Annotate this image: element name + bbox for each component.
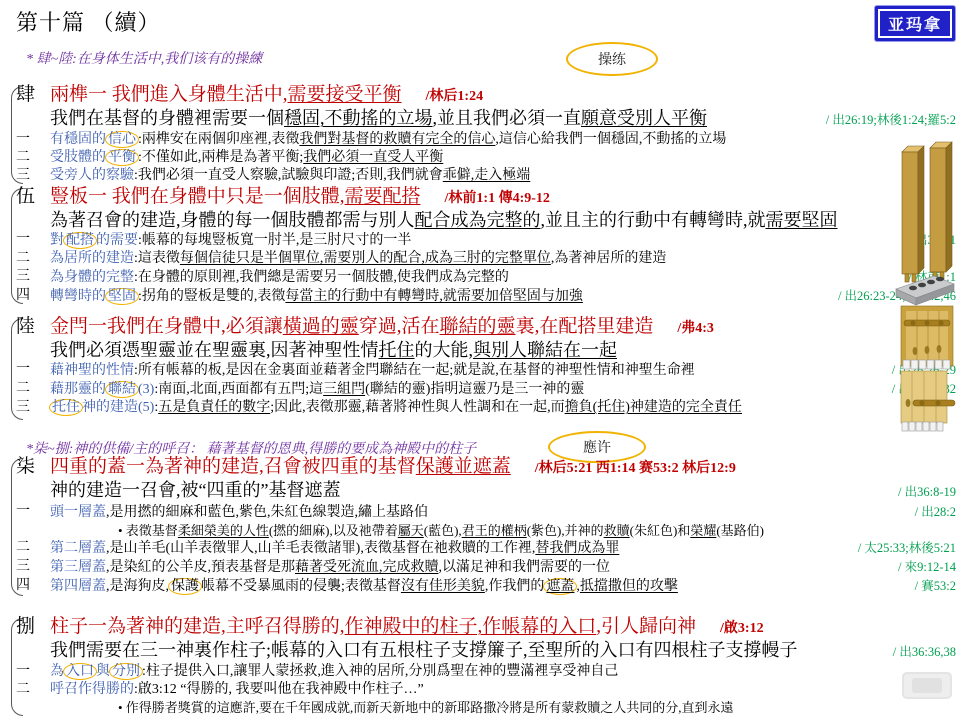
outline-item: 一 為入口與分別:柱子提供入口,讓罪人蒙拯救,進入神的居所,分別爲聖在神的豐滿裡… bbox=[14, 663, 956, 681]
scripture-ref: / 出36:36,38 bbox=[883, 642, 956, 663]
section-number: 捌 bbox=[16, 616, 35, 638]
item-number: 一 bbox=[16, 361, 30, 379]
section-heading-row: 柒 四重的蓋一為著神的建造,召會被四重的基督保護並遮蓋 /林后5:21 西1:1… bbox=[14, 456, 956, 480]
outline-item: 一 有穩固的信心:兩榫安在兩個卯座裡,表徵我們對基督的救贖有完全的信心,這信心給… bbox=[14, 131, 956, 149]
item-number: 一 bbox=[16, 503, 30, 521]
outline-sub-bullet: • 作得勝者獎賞的這應許,要在千年國成就,而新天新地中的新耶路撒冷將是所有蒙救贖… bbox=[14, 699, 956, 716]
scripture-ref: /林后5:21 西1:14 赛53:2 林后12:9 bbox=[535, 458, 736, 480]
outline-item: 四 第四層蓋,是海狗皮,保護帳幕不受暴風雨的侵襲;表徵基督沒有佳形美貌,作我們的… bbox=[14, 577, 956, 596]
section-7: 柒 四重的蓋一為著神的建造,召會被四重的基督保護並遮蓋 /林后5:21 西1:1… bbox=[14, 456, 956, 596]
section-heading: 豎板一 我們在身體中只是一個肢體,需要配搭 bbox=[50, 186, 421, 208]
item-number: 二 bbox=[16, 539, 30, 557]
outline-item: 一 藉神聖的性情:所有帳幕的板,是因在金裏面並藉著金閂聯結在一起;就是說,在基督… bbox=[14, 361, 956, 380]
item-text: 為入口與分別:柱子提供入口,讓罪人蒙拯救,進入神的居所,分別爲聖在神的豐滿裡享受… bbox=[50, 663, 618, 681]
section-6: 陸 金閂一我們在身體中,必須讓橫過的靈穿過,活在聯結的靈裏,在配搭里建造 /弗4… bbox=[14, 316, 956, 417]
outline-item: 二 為居所的建造:這表徵每個信徒只是半個單位,需要別人的配合,成為三肘的完整單位… bbox=[14, 250, 956, 268]
item-number: 三 bbox=[16, 558, 30, 576]
outline-item: 四 轉彎時的堅固:拐角的豎板是雙的,表徵每當主的行動中有轉彎時,就需要加倍堅固与… bbox=[14, 287, 956, 306]
section-intro: 神的建造一召會,被“四重的”基督遮蓋 bbox=[50, 480, 340, 501]
item-text: 有穩固的信心:兩榫安在兩個卯座裡,表徵我們對基督的救贖有完全的信心,這信心給我們… bbox=[50, 131, 726, 149]
bullet-text: • 作得勝者獎賞的這應許,要在千年國成就,而新天新地中的新耶路撒冷將是所有蒙救贖… bbox=[118, 699, 734, 716]
section-number: 陸 bbox=[16, 316, 35, 338]
outline-item: 三 受旁人的察驗:我們必須一直受人察驗,試驗與印證;否則,我們就會乖僻,走入極端 bbox=[14, 167, 956, 185]
section-intro-row: 我們在基督的身體裡需要一個穩固,不動搖的立場,並且我們必須一直願意受別人平衡 /… bbox=[14, 108, 956, 131]
outline-item: 三 第三層蓋,是染紅的公羊皮,預表基督是那藉著受死流血,完成救贖,以滿足神和我們… bbox=[14, 558, 956, 577]
scripture-ref: / 來9:12-14 bbox=[888, 558, 956, 576]
item-text: 第二層蓋,是山羊毛(山羊表徵罪人,山羊毛表徵諸罪),表徵基督在祂救贖的工作裡,替… bbox=[50, 540, 619, 558]
section-intro-row: 為著召會的建造,身體的每一個肢體都需与別人配合成為完整的,並且主的行動中有轉彎時… bbox=[14, 210, 956, 231]
item-text: 藉神聖的性情:所有帳幕的板,是因在金裏面並藉著金閂聯結在一起;就是說,在基督的神… bbox=[50, 362, 695, 380]
item-text: 為身體的完整:在身體的原則裡,我們總是需要另一個肢體,使我們成為完整的 bbox=[50, 269, 509, 287]
outline-item: 二 藉那靈的聯結(3):南面,北面,西面都有五閂;這三組閂(聯結的靈)指明這靈乃… bbox=[14, 380, 956, 399]
section-number: 肆 bbox=[16, 84, 35, 106]
section-heading: 柱子一為著神的建造,主呼召得勝的,作神殿中的柱子,作帳幕的入口,引人歸向神 bbox=[50, 616, 696, 638]
scripture-ref: / 太25:33;林後5:21 bbox=[848, 539, 956, 557]
section-number: 柒 bbox=[16, 456, 35, 478]
item-number: 一 bbox=[16, 663, 30, 681]
scripture-ref: /林前1:1 傳4:9-12 bbox=[445, 188, 550, 210]
item-text: 為居所的建造:這表徵每個信徒只是半個單位,需要別人的配合,成為三肘的完整單位,為… bbox=[50, 250, 666, 268]
scripture-ref: /啟3:12 bbox=[720, 618, 764, 640]
section-heading: 四重的蓋一為著神的建造,召會被四重的基督保護並遮蓋 bbox=[50, 456, 511, 478]
outline-item: 三 托住神的建造(5):五是負責任的數字;因此,表徵那靈,藉著將神性與人性調和在… bbox=[14, 399, 956, 417]
outline-item: 二 呼召作得勝的:啟3:12 “得勝的, 我要叫他在我神殿中作柱子…” bbox=[14, 681, 956, 699]
item-text: 頭一層蓋,是用撚的細麻和藍色,紫色,朱紅色線製造,繡上基路伯 bbox=[50, 504, 428, 522]
item-number: 四 bbox=[16, 287, 30, 305]
section-8: 捌 柱子一為著神的建造,主呼召得勝的,作神殿中的柱子,作帳幕的入口,引人歸向神 … bbox=[14, 616, 956, 716]
item-number: 三 bbox=[16, 268, 30, 286]
outline-sub-bullet: • 表徵基督柔細榮美的人性(撚的細麻),以及祂帶着屬天(藍色),君王的權柄(紫色… bbox=[14, 522, 956, 539]
scripture-ref: / 賽53:2 bbox=[905, 577, 956, 595]
item-text: 第四層蓋,是海狗皮,保護帳幕不受暴風雨的侵襲;表徵基督沒有佳形美貌,作我們的遮蓋… bbox=[50, 578, 678, 596]
outline-item: 三 為身體的完整:在身體的原則裡,我們總是需要另一個肢體,使我們成為完整的 / … bbox=[14, 268, 956, 287]
note-practice: * 肆~陸:在身体生活中,我们该有的操練 bbox=[26, 48, 262, 68]
boards-tenons-illustration bbox=[892, 134, 958, 313]
bullet-text: • 表徵基督柔細榮美的人性(撚的細麻),以及祂帶着屬天(藍色),君王的權柄(紫色… bbox=[118, 522, 764, 539]
section-intro-row: 我們需要在三一神裏作柱子;帳幕的入口有五根柱子支撐簾子,至聖所的入口有四根柱子支… bbox=[14, 640, 956, 663]
outline-item: 二 受肢體的平衡:不僅如此,兩榫是為著平衡;我們必須一直受人平衡 bbox=[14, 149, 956, 167]
section-heading-row: 陸 金閂一我們在身體中,必須讓橫過的靈穿過,活在聯結的靈裏,在配搭里建造 /弗4… bbox=[14, 316, 956, 340]
scripture-ref: / 出28:2 bbox=[905, 503, 956, 521]
item-number: 二 bbox=[16, 380, 30, 398]
item-number: 四 bbox=[16, 577, 30, 595]
section-heading: 兩榫一 我們進入身體生活中,需要接受平衡 bbox=[50, 84, 402, 106]
section-intro: 我們需要在三一神裏作柱子;帳幕的入口有五根柱子支撐簾子,至聖所的入口有四根柱子支… bbox=[50, 640, 798, 661]
outline-item: 一 頭一層蓋,是用撚的細麻和藍色,紫色,朱紅色線製造,繡上基路伯 / 出28:2 bbox=[14, 503, 956, 522]
page-title: 第十篇 （續） bbox=[16, 6, 161, 37]
item-number: 二 bbox=[16, 681, 30, 699]
brand-logo-text: 亚玛拿 bbox=[878, 9, 952, 38]
section-intro-row: 神的建造一召會,被“四重的”基督遮蓋 / 出36:8-19 bbox=[14, 480, 956, 503]
scripture-ref: /弗4:3 bbox=[677, 318, 714, 340]
section-intro-row: 我們必須憑聖靈並在聖靈裏,因著神聖性情托住的大能,與別人聯結在一起 bbox=[14, 340, 956, 361]
brand-logo: 亚玛拿 bbox=[875, 6, 955, 41]
section-4: 肆 兩榫一 我們進入身體生活中,需要接受平衡 /林后1:24 我們在基督的身體裡… bbox=[14, 84, 956, 185]
item-text: 托住神的建造(5):五是負責任的數字;因此,表徵那靈,藉著將神性與人性調和在一起… bbox=[50, 399, 742, 417]
section-number: 伍 bbox=[16, 186, 35, 208]
section-intro: 我們在基督的身體裡需要一個穩固,不動搖的立場,並且我們必須一直願意受別人平衡 bbox=[50, 108, 707, 129]
item-text: 藉那靈的聯結(3):南面,北面,西面都有五閂;這三組閂(聯結的靈)指明這靈乃是三… bbox=[50, 381, 584, 399]
item-number: 一 bbox=[16, 231, 30, 249]
section-intro: 為著召會的建造,身體的每一個肢體都需与別人配合成為完整的,並且主的行動中有轉彎時… bbox=[50, 210, 838, 231]
item-number: 一 bbox=[16, 131, 30, 149]
boards-bars-illustration bbox=[895, 304, 957, 439]
outline-item: 二 第二層蓋,是山羊毛(山羊表徵罪人,山羊毛表徵諸罪),表徵基督在祂救贖的工作裡… bbox=[14, 539, 956, 558]
item-number: 二 bbox=[16, 250, 30, 268]
item-text: 第三層蓋,是染紅的公羊皮,預表基督是那藉著受死流血,完成救贖,以滿足神和我們需要… bbox=[50, 559, 610, 577]
item-number: 二 bbox=[16, 149, 30, 167]
item-number: 三 bbox=[16, 399, 30, 417]
item-text: 呼召作得勝的:啟3:12 “得勝的, 我要叫他在我神殿中作柱子…” bbox=[50, 681, 424, 699]
item-text: 對配搭的需要:帳幕的每塊豎板寬一肘半,是三肘尺寸的一半 bbox=[50, 232, 411, 250]
scripture-ref: / 出26:19;林後1:24;羅5:2 bbox=[816, 110, 956, 131]
section-intro: 我們必須憑聖靈並在聖靈裏,因著神聖性情托住的大能,與別人聯結在一起 bbox=[50, 340, 617, 361]
outline-item: 一 對配搭的需要:帳幕的每塊豎板寬一肘半,是三肘尺寸的一半 / 出36:21 bbox=[14, 231, 956, 250]
item-number: 三 bbox=[16, 167, 30, 185]
item-text: 受旁人的察驗:我們必須一直受人察驗,試驗與印證;否則,我們就會乖僻,走入極端 bbox=[50, 167, 530, 185]
note-promise: *柒~捌:神的供備/主的呼召： 藉著基督的恩典,得勝的要成為神殿中的柱子 bbox=[26, 438, 476, 458]
section-heading-row: 捌 柱子一為著神的建造,主呼召得勝的,作神殿中的柱子,作帳幕的入口,引人歸向神 … bbox=[14, 616, 956, 640]
scripture-ref: / 出36:8-19 bbox=[888, 482, 956, 503]
section-heading: 金閂一我們在身體中,必須讓橫過的靈穿過,活在聯結的靈裏,在配搭里建造 bbox=[50, 316, 653, 338]
item-text: 受肢體的平衡:不僅如此,兩榫是為著平衡;我們必須一直受人平衡 bbox=[50, 149, 443, 167]
section-heading-row: 肆 兩榫一 我們進入身體生活中,需要接受平衡 /林后1:24 bbox=[14, 84, 956, 108]
section-5: 伍 豎板一 我們在身體中只是一個肢體,需要配搭 /林前1:1 傳4:9-12 為… bbox=[14, 186, 956, 306]
callout-practice-oval: 操练 bbox=[566, 42, 658, 76]
item-text: 轉彎時的堅固:拐角的豎板是雙的,表徵每當主的行動中有轉彎時,就需要加倍堅固与加強 bbox=[50, 288, 583, 306]
scripture-ref: /林后1:24 bbox=[426, 86, 484, 108]
faded-watermark bbox=[902, 672, 952, 699]
section-heading-row: 伍 豎板一 我們在身體中只是一個肢體,需要配搭 /林前1:1 傳4:9-12 bbox=[14, 186, 956, 210]
